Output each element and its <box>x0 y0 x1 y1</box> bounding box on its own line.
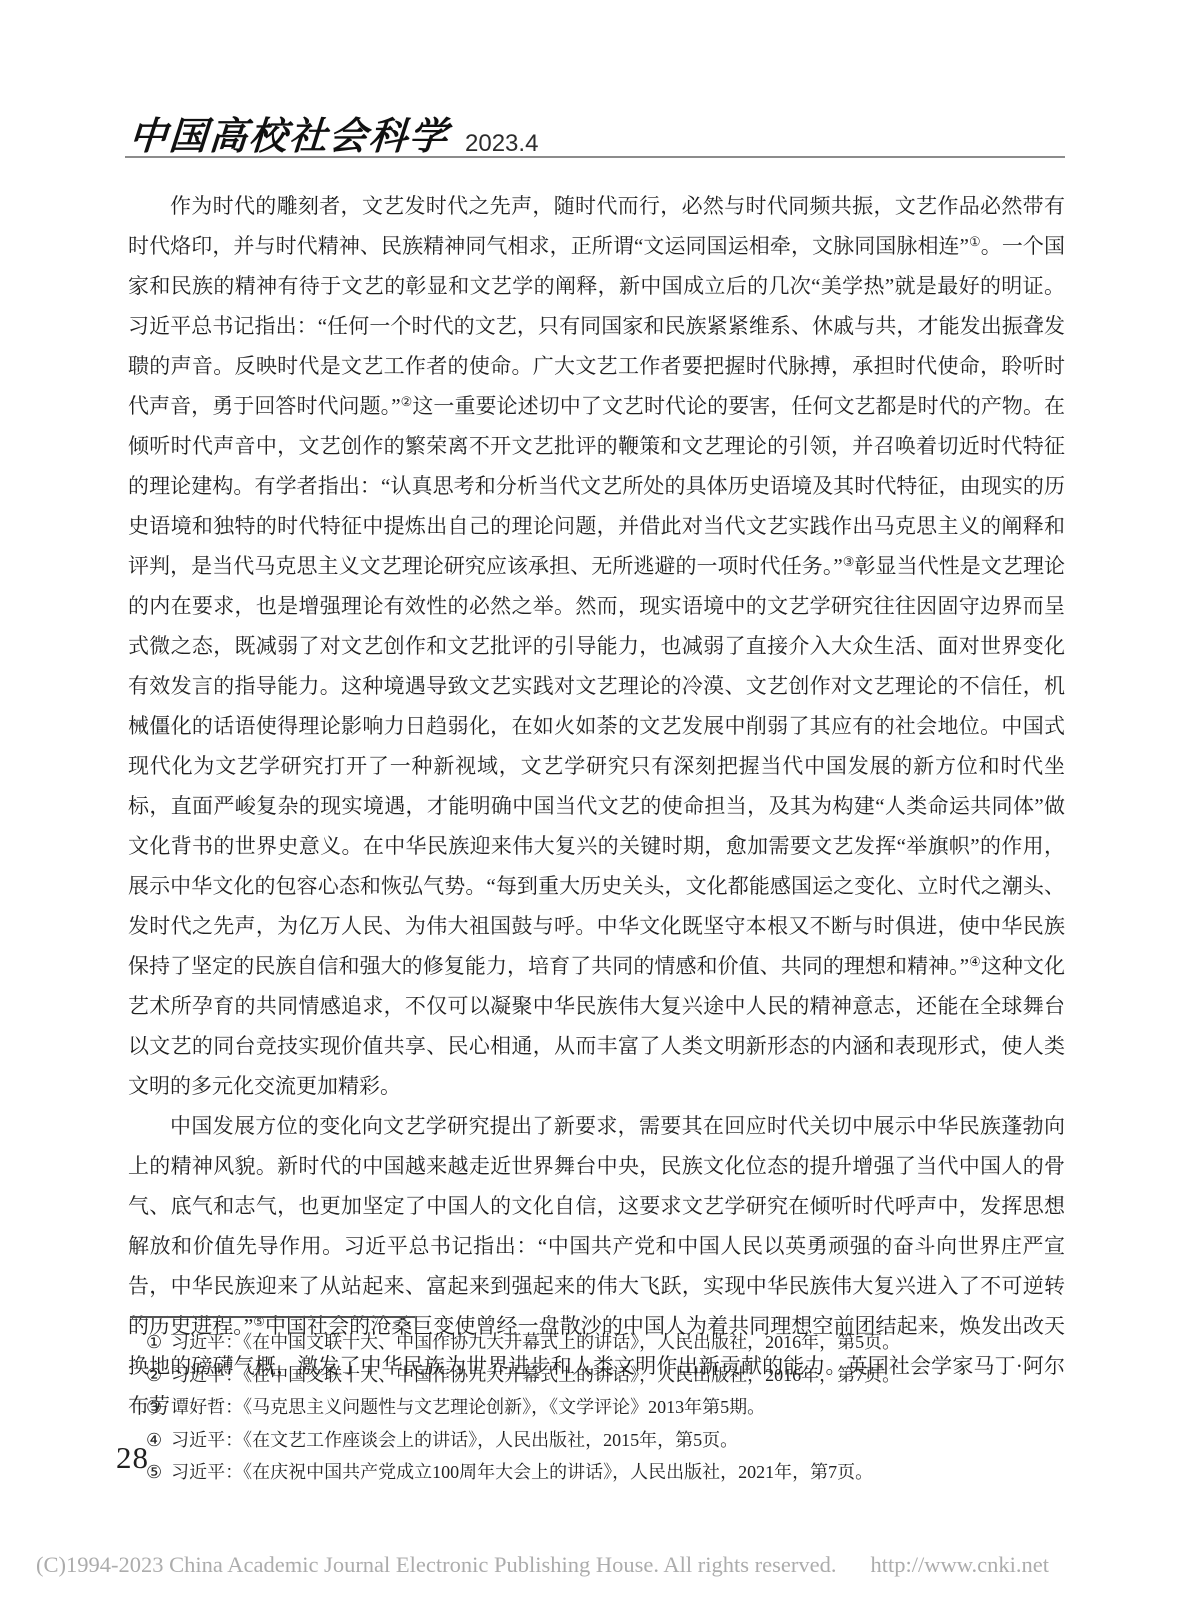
footnote-text: 习近平：《在文艺工作座谈会上的讲话》，人民出版社，2015年，第5页。 <box>171 1430 738 1450</box>
footnote-ref: ③ <box>843 554 855 569</box>
footnotes-list: ①习近平：《在中国文联十大、中国作协九大开幕式上的讲话》，人民出版社，2016年… <box>146 1326 1066 1489</box>
page-number: 28 <box>116 1440 149 1476</box>
header-divider <box>125 156 1065 158</box>
footnote-text: 习近平：《在中国文联十大、中国作协九大开幕式上的讲话》，人民出版社，2016年，… <box>171 1332 900 1352</box>
paragraph-1: 作为时代的雕刻者，文艺发时代之先声，随时代而行，必然与时代同频共振，文艺作品必然… <box>128 186 1065 1106</box>
footnote-ref: ④ <box>969 954 981 969</box>
footnote-text: 习近平：《在中国文联十大、中国作协九大开幕式上的讲话》，人民出版社，2016年，… <box>171 1365 900 1385</box>
paragraph-text: 这一重要论述切中了文艺时代论的要害，任何文艺都是时代的产物。在倾听时代声音中，文… <box>128 394 1065 578</box>
footnote-ref: ② <box>401 394 413 409</box>
footnote-4: ④习近平：《在文艺工作座谈会上的讲话》，人民出版社，2015年，第5页。 <box>146 1424 1066 1457</box>
footnote-marker: ① <box>146 1332 162 1352</box>
footnote-marker: ② <box>146 1365 162 1385</box>
footnote-ref: ① <box>969 234 981 249</box>
journal-issue: 2023.4 <box>465 131 538 156</box>
copyright-text: (C)1994-2023 China Academic Journal Elec… <box>36 1552 836 1577</box>
footnote-5: ⑤习近平：《在庆祝中国共产党成立100周年大会上的讲话》，人民出版社，2021年… <box>146 1456 1066 1489</box>
paragraph-text: 。一个国家和民族的精神有待于文艺的彰显和文艺学的阐释，新中国成立后的几次“美学热… <box>128 234 1065 418</box>
footnote-2: ②习近平：《在中国文联十大、中国作协九大开幕式上的讲话》，人民出版社，2016年… <box>146 1359 1066 1392</box>
article-body: 作为时代的雕刻者，文艺发时代之先声，随时代而行，必然与时代同频共振，文艺作品必然… <box>128 186 1065 1426</box>
journal-header: 中国高校社会科学 2023.4 <box>129 110 1065 156</box>
footnote-marker: ③ <box>146 1397 162 1417</box>
footer-url: http://www.cnki.net <box>870 1552 1049 1577</box>
copyright-footer: (C)1994-2023 China Academic Journal Elec… <box>36 1552 1166 1578</box>
footnote-text: 习近平：《在庆祝中国共产党成立100周年大会上的讲话》，人民出版社，2021年，… <box>171 1462 873 1482</box>
paragraph-text: 彰显当代性是文艺理论的内在要求，也是增强理论有效性的必然之举。然而，现实语境中的… <box>128 554 1065 978</box>
footnote-3: ③谭好哲：《马克思主义问题性与文艺理论创新》，《文学评论》2013年第5期。 <box>146 1391 1066 1424</box>
paragraph-text: 作为时代的雕刻者，文艺发时代之先声，随时代而行，必然与时代同频共振，文艺作品必然… <box>128 194 1065 258</box>
journal-logo: 中国高校社会科学 <box>128 118 451 156</box>
footnote-divider <box>130 1316 415 1318</box>
journal-page: 中国高校社会科学 2023.4 作为时代的雕刻者，文艺发时代之先声，随时代而行，… <box>0 0 1190 1615</box>
footnote-text: 谭好哲：《马克思主义问题性与文艺理论创新》，《文学评论》2013年第5期。 <box>171 1397 765 1417</box>
footnote-1: ①习近平：《在中国文联十大、中国作协九大开幕式上的讲话》，人民出版社，2016年… <box>146 1326 1066 1359</box>
paragraph-text: 中国发展方位的变化向文艺学研究提出了新要求，需要其在回应时代关切中展示中华民族蓬… <box>128 1114 1065 1338</box>
